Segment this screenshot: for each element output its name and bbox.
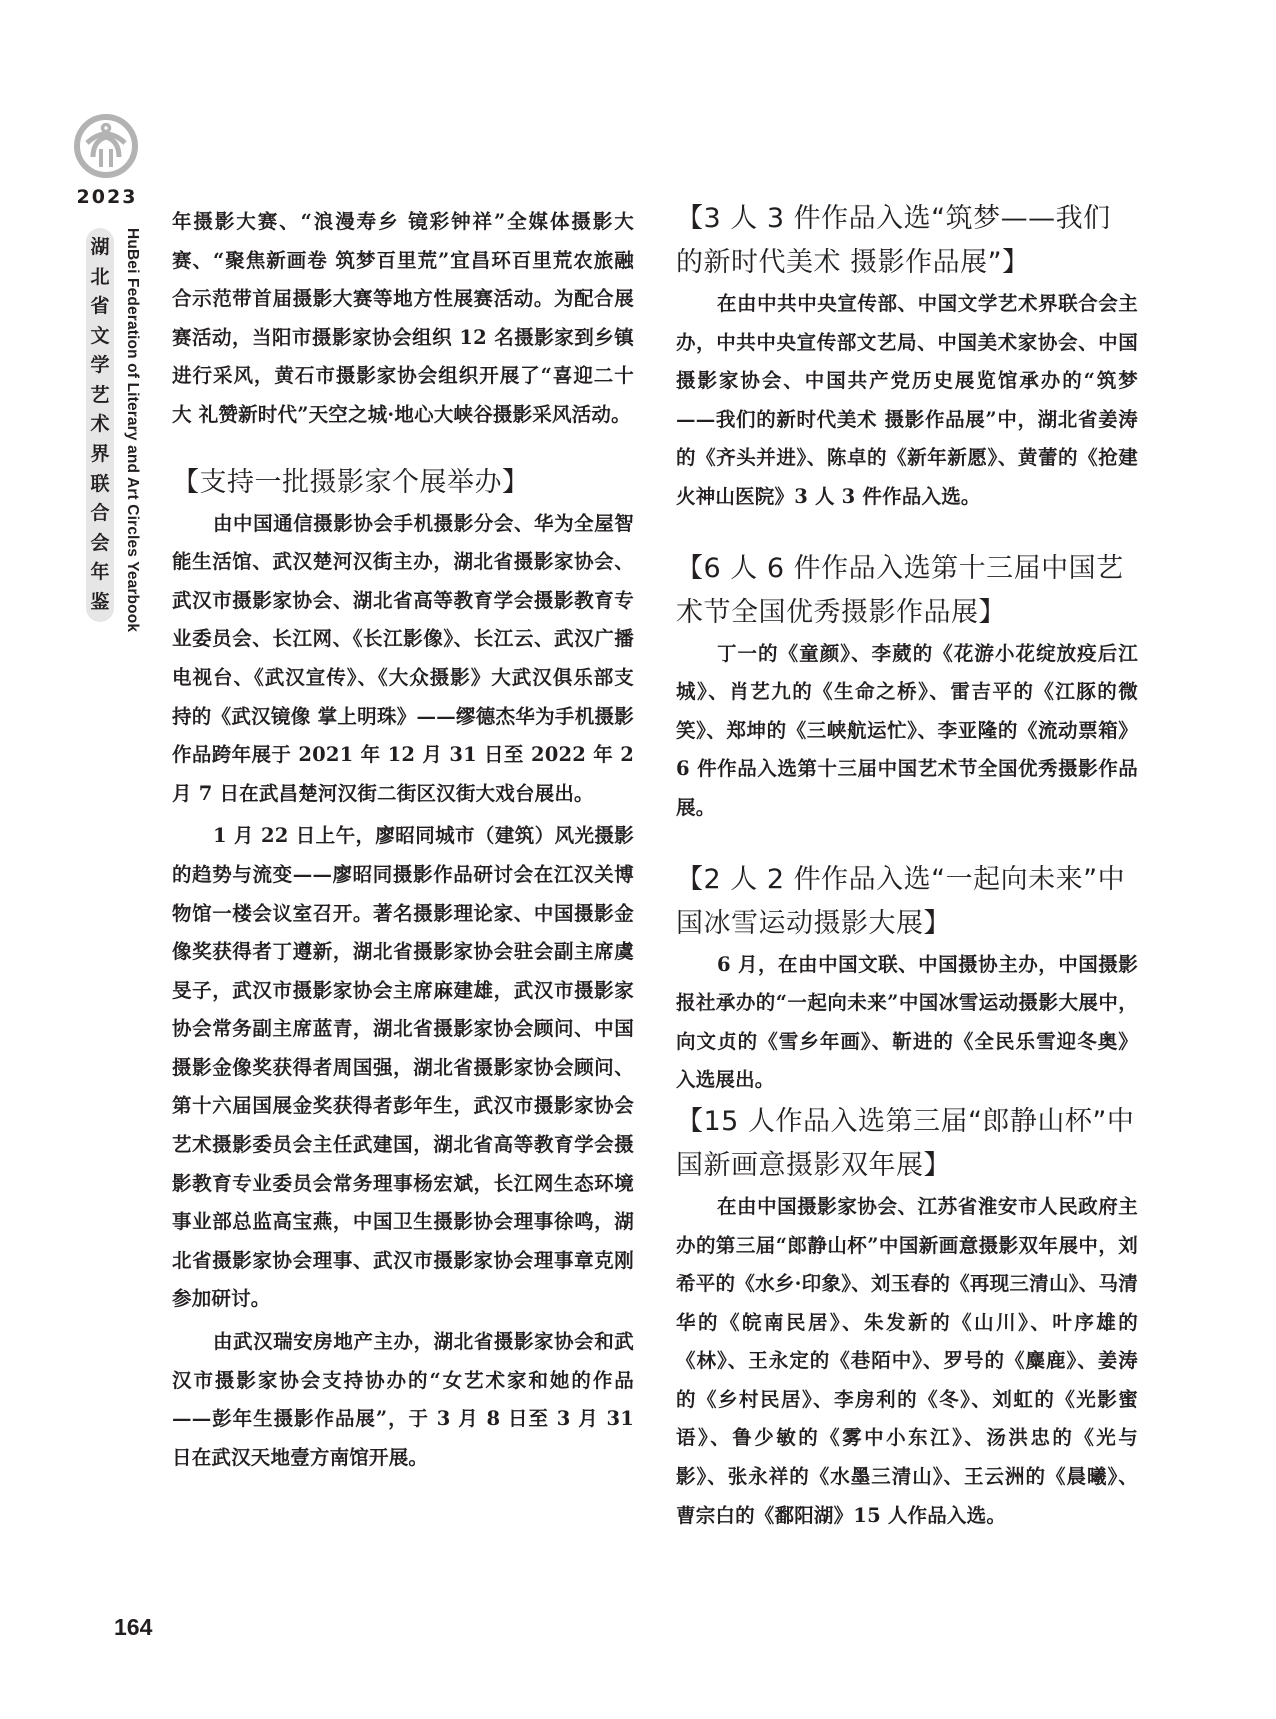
- paragraph-intro: 年摄影大赛、“浪漫寿乡 镜彩钟祥”全媒体摄影大赛、“聚焦新画卷 筑梦百里荒”宜昌…: [172, 203, 634, 435]
- title-char: 鉴: [90, 593, 109, 612]
- paragraph: 6 月，在由中国文联、中国摄协主办，中国摄影报社承办的“一起向未来”中国冰雪运动…: [676, 946, 1138, 1100]
- title-char: 学: [90, 356, 109, 375]
- paragraph: 在由中国摄影家协会、江苏省淮安市人民政府主办的第三届“郎静山杯”中国新画意摄影双…: [676, 1188, 1138, 1535]
- paragraph: 由中国通信摄影协会手机摄影分会、华为全屋智能生活馆、武汉楚河汉街主办，湖北省摄影…: [172, 505, 634, 814]
- yearbook-emblem-icon: [73, 113, 139, 179]
- title-char: 湖: [90, 238, 109, 257]
- paragraph: 由武汉瑞安房地产主办，湖北省摄影家协会和武汉市摄影家协会支持协办的“女艺术家和她…: [172, 1323, 634, 1477]
- page-number: 164: [114, 1614, 152, 1641]
- title-char: 文: [90, 327, 109, 346]
- title-char: 省: [90, 297, 109, 316]
- left-column: 年摄影大赛、“浪漫寿乡 镜彩钟祥”全媒体摄影大赛、“聚焦新画卷 筑梦百里荒”宜昌…: [172, 203, 634, 1477]
- paragraph: 在由中共中央宣传部、中国文学艺术界联合会主办，中共中央宣传部文艺局、中国美术家协…: [676, 285, 1138, 517]
- title-char: 年: [90, 563, 109, 582]
- yearbook-title-cn: 湖 北 省 文 学 艺 术 界 联 合 会 年 鉴: [86, 228, 114, 622]
- title-char: 北: [90, 268, 109, 287]
- right-column: 【3 人 3 件作品入选“筑梦——我们的新时代美术 摄影作品展”】 在由中共中央…: [676, 197, 1138, 1535]
- section-heading: 【3 人 3 件作品入选“筑梦——我们的新时代美术 摄影作品展”】: [676, 197, 1138, 285]
- yearbook-year: 2023: [70, 186, 144, 208]
- title-char: 界: [90, 445, 109, 464]
- title-char: 会: [90, 534, 109, 553]
- paragraph: 1 月 22 日上午，廖昭同城市（建筑）风光摄影的趋势与流变——廖昭同摄影作品研…: [172, 817, 634, 1319]
- title-char: 联: [90, 475, 109, 494]
- paragraph: 丁一的《童颜》、李葳的《花游小花绽放疫后江城》、肖艺九的《生命之桥》、雷吉平的《…: [676, 635, 1138, 828]
- section-heading: 【15 人作品入选第三届“郎静山杯”中国新画意摄影双年展】: [676, 1100, 1138, 1188]
- section-heading: 【6 人 6 件作品入选第十三届中国艺术节全国优秀摄影作品展】: [676, 547, 1138, 635]
- yearbook-title-en-container: HuBei Federation of Literary and Art Cir…: [123, 228, 143, 622]
- title-char: 艺: [90, 386, 109, 405]
- yearbook-title-en: HuBei Federation of Literary and Art Cir…: [123, 228, 141, 632]
- title-char: 合: [90, 504, 109, 523]
- section-heading: 【支持一批摄影家个展举办】: [172, 461, 634, 505]
- title-char: 术: [90, 415, 109, 434]
- section-heading: 【2 人 2 件作品入选“一起向未来”中国冰雪运动摄影大展】: [676, 858, 1138, 946]
